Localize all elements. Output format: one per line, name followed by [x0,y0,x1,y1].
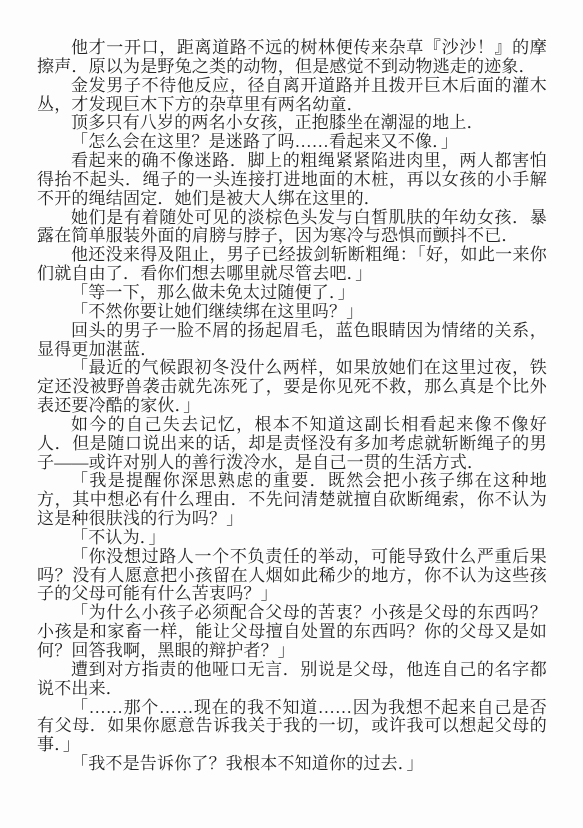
scanned-novel-page: 他才一开口，距离道路不远的树林便传来杂草『沙沙！』的摩擦声．原以为是野兔之类的动… [0,0,583,828]
paragraph: 「最近的气候跟初冬没什么两样，如果放她们在这里过夜，铁定还没被野兽袭击就先冻死了… [37,359,547,416]
paragraph: 「怎么会在这里？是迷路了吗……看起来又不像．」 [37,133,547,152]
paragraph: 金发男子不待他反应，径自离开道路并且拨开巨木后面的灌木丛，才发现巨木下方的杂草里… [37,77,547,115]
paragraph: 「……那个……现在的我不知道……因为我想不起来自己是否有父母．如果你愿意告诉我关… [37,699,547,756]
paragraph: 「我是提醒你深思熟虑的重要．既然会把小孩子绑在这种地方，其中想必有什么理由．不先… [37,472,547,529]
paragraph: 她们是有着随处可见的淡棕色头发与白皙肌肤的年幼女孩．暴露在简单服装外面的肩膀与脖… [37,209,547,247]
paragraph: 「我不是告诉你了？我根本不知道你的过去．」 [37,755,547,774]
paragraph: 「不认为．」 [37,529,547,548]
paragraph: 如今的自己失去记忆，根本不知道这副长相看起来像不像好人．但是随口说出来的话，却是… [37,416,547,473]
paragraph: 他才一开口，距离道路不远的树林便传来杂草『沙沙！』的摩擦声．原以为是野兔之类的动… [37,39,547,77]
paragraph: 「不然你要让她们继续绑在这里吗？」 [37,303,547,322]
paragraph: 「等一下，那么做未免太过随便了．」 [37,284,547,303]
paragraph: 顶多只有八岁的两名小女孩，正抱膝坐在潮湿的地上． [37,114,547,133]
paragraph: 遭到对方指责的他哑口无言．别说是父母，他连自己的名字都说不出来． [37,661,547,699]
body-text: 他才一开口，距离道路不远的树林便传来杂草『沙沙！』的摩擦声．原以为是野兔之类的动… [37,39,547,774]
paragraph: 「为什么小孩子必须配合父母的苦衷？小孩是父母的东西吗？小孩是和家畜一样，能让父母… [37,604,547,661]
paragraph: 他还没来得及阻止，男子已经拔剑斩断粗绳：「好，如此一来你们就自由了．看你们想去哪… [37,246,547,284]
paragraph: 回头的男子一脸不屑的扬起眉毛，蓝色眼睛因为情绪的关系，显得更加湛蓝． [37,322,547,360]
paragraph: 「你没想过路人一个不负责任的举动，可能导致什么严重后果吗？没有人愿意把小孩留在人… [37,548,547,605]
paragraph: 看起来的确不像迷路．脚上的粗绳紧紧陷进肉里，两人都害怕得抬不起头．绳子的一头连接… [37,152,547,209]
